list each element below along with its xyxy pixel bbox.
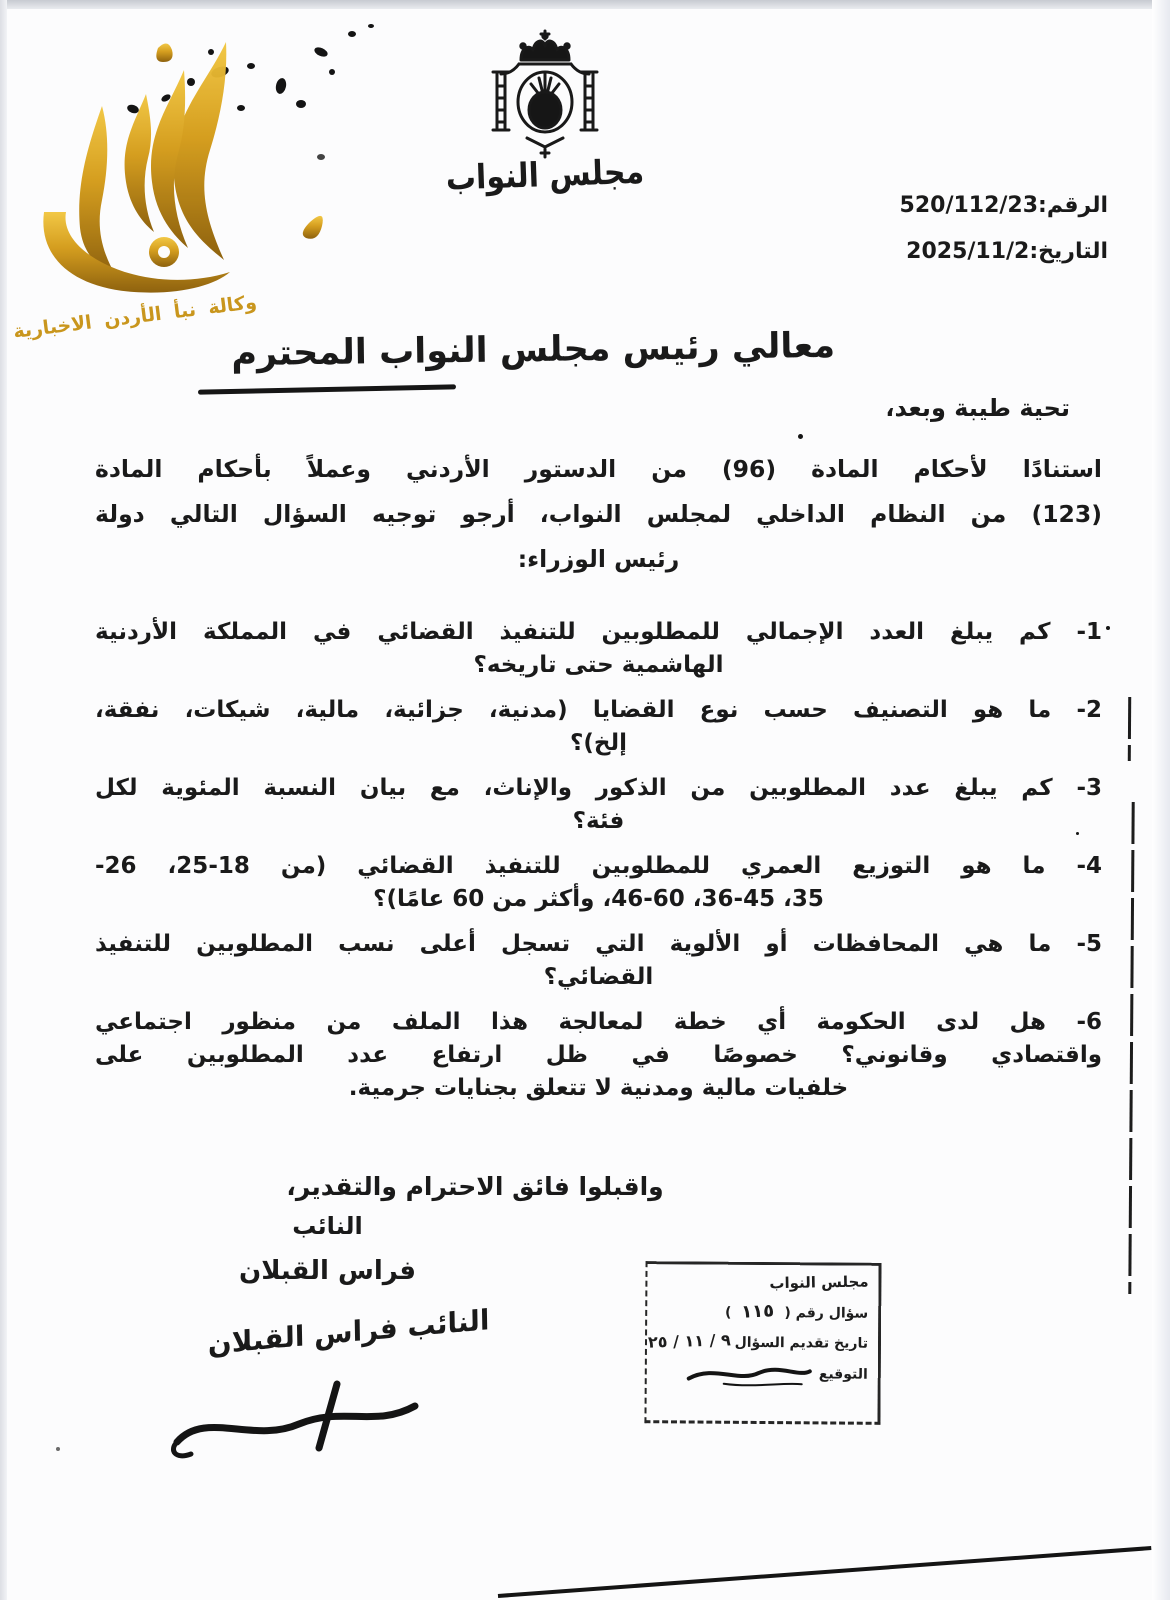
intro-line: (123) من النظام الداخلي لمجلس النواب، أر… (95, 492, 1102, 537)
handwritten-signature-text: النائب فراس القبلان (150, 1303, 489, 1366)
question-line: الهاشمية حتى تاريخه؟ (95, 649, 1102, 682)
question-line: القضائي؟ (95, 961, 1102, 994)
stamp-question-no-label: سؤال رقم ( (784, 1305, 868, 1322)
question-number: 6- (1076, 1009, 1102, 1035)
question-item-6: 6- هل لدى الحكومة أي خطة لمعالجة هذا الم… (95, 1006, 1102, 1105)
question-number: 1- (1076, 619, 1102, 645)
letter-greeting: تحية طيبة وبعد، (885, 394, 1070, 422)
handwritten-signature: النائب فراس القبلان (150, 1318, 490, 1478)
stamp-signature-row: التوقيع (653, 1360, 868, 1388)
question-line: فئة؟ (95, 805, 1102, 838)
question-text: ما هو التصنيف حسب نوع القضايا (مدنية، جز… (95, 697, 1051, 723)
question-line: 4- ما هو التوزيع العمري للمطلوبين للتنفي… (95, 850, 1102, 883)
stamp-question-no-close: ) (725, 1305, 732, 1321)
question-text: كم يبلغ العدد الإجمالي للمطلوبين للتنفيذ… (95, 619, 1050, 645)
stamp-date-label: تاريخ تقديم السؤال (735, 1335, 868, 1352)
reference-block: الرقم:520/112/23 التاريخ:2025/11/2 (900, 183, 1108, 275)
stamp-question-no-value: ١١٥ (741, 1300, 775, 1323)
question-item-3: 3- كم يبلغ عدد المطلوبين من الذكور والإن… (95, 772, 1102, 838)
stamp-date-value: ٩ / ١١ / ٢٥ (648, 1329, 731, 1353)
scan-speck (1076, 832, 1079, 835)
signature-block: النائب فراس القبلان (195, 1212, 460, 1286)
question-number: 2- (1076, 697, 1102, 723)
scan-speck (56, 1447, 60, 1451)
ref-number: الرقم:520/112/23 (900, 183, 1108, 229)
letter-title: معالي رئيس مجلس النواب المحترم (235, 326, 836, 374)
question-item-5: 5- ما هي المحافظات أو الألوية التي تسجل … (95, 928, 1102, 994)
stamp-org-text: مجلس النواب (769, 1270, 869, 1294)
stamp-date-row: تاريخ تقديم السؤال٩ / ١١ / ٢٥ (653, 1330, 868, 1355)
scan-artifact-vline (1128, 802, 1134, 1294)
question-line: 35، 36-45، 46-60، وأكثر من 60 عامًا)؟ (95, 883, 1102, 916)
scan-artifact-vline (1128, 697, 1131, 761)
question-line: إلخ)؟ (95, 727, 1102, 760)
question-number: 3- (1076, 775, 1102, 801)
question-line: 6- هل لدى الحكومة أي خطة لمعالجة هذا الم… (95, 1006, 1102, 1039)
question-item-1: 1- كم يبلغ العدد الإجمالي للمطلوبين للتن… (95, 616, 1102, 682)
jordan-coat-of-arms-icon (478, 28, 612, 160)
signatory-title: النائب (195, 1212, 460, 1240)
title-tail-stroke (198, 384, 456, 394)
question-text: ما هو التوزيع العمري للمطلوبين للتنفيذ ا… (95, 853, 1045, 879)
stamp-signature-scribble-icon (684, 1360, 814, 1387)
stamp-org-line: مجلس النواب (653, 1270, 868, 1295)
question-line: واقتصادي وقانوني؟ خصوصًا في ظل ارتفاع عد… (95, 1039, 1102, 1072)
closing-salutation: واقبلوا فائق الاحترام والتقدير، (0, 1172, 1060, 1201)
signatory-name: فراس القبلان (195, 1256, 460, 1286)
signature-flourish-icon (165, 1380, 425, 1470)
question-item-4: 4- ما هو التوزيع العمري للمطلوبين للتنفي… (95, 850, 1102, 916)
question-item-2: 2- ما هو التصنيف حسب نوع القضايا (مدنية،… (95, 694, 1102, 760)
question-number: 5- (1076, 931, 1102, 957)
question-line: 1- كم يبلغ العدد الإجمالي للمطلوبين للتن… (95, 616, 1102, 649)
parliament-name: مجلس النواب (434, 152, 655, 199)
question-text: كم يبلغ عدد المطلوبين من الذكور والإناث،… (95, 775, 1053, 801)
scan-speck (1106, 626, 1110, 630)
scan-edge-right (1152, 0, 1170, 1600)
question-text: ما هي المحافظات أو الألوية التي تسجل أعل… (95, 931, 1051, 957)
question-text: هل لدى الحكومة أي خطة لمعالجة هذا الملف … (95, 1009, 1046, 1035)
scan-edge-left (0, 0, 7, 1600)
news-agency-watermark-logo-icon (18, 36, 348, 308)
stamp-signature-label: التوقيع (819, 1366, 868, 1382)
questions-list: 1- كم يبلغ العدد الإجمالي للمطلوبين للتن… (95, 616, 1102, 1117)
stamp-question-no-row: سؤال رقم (١١٥) (653, 1300, 868, 1325)
registry-stamp: مجلس النواب سؤال رقم (١١٥) تاريخ تقديم ا… (644, 1261, 881, 1425)
question-line: 3- كم يبلغ عدد المطلوبين من الذكور والإن… (95, 772, 1102, 805)
question-line: 2- ما هو التصنيف حسب نوع القضايا (مدنية،… (95, 694, 1102, 727)
ref-date: التاريخ:2025/11/2 (900, 229, 1108, 275)
question-number: 4- (1076, 853, 1102, 879)
question-line: 5- ما هي المحافظات أو الألوية التي تسجل … (95, 928, 1102, 961)
intro-line: رئيس الوزراء: (95, 537, 1102, 582)
intro-line: استنادًا لأحكام المادة (96) من الدستور ا… (95, 447, 1102, 492)
scan-speck (798, 434, 803, 439)
question-line: خلفيات مالية ومدنية لا تتعلق بجنايات جرم… (95, 1072, 1102, 1105)
intro-paragraph: استنادًا لأحكام المادة (96) من الدستور ا… (95, 447, 1102, 582)
scan-artifact-bottom-line (498, 1546, 1152, 1598)
scan-edge-top (0, 0, 1170, 9)
scanned-letter-page: وكالة نبأ الأردن الاخبارية مجلس النواب ا… (0, 0, 1170, 1600)
